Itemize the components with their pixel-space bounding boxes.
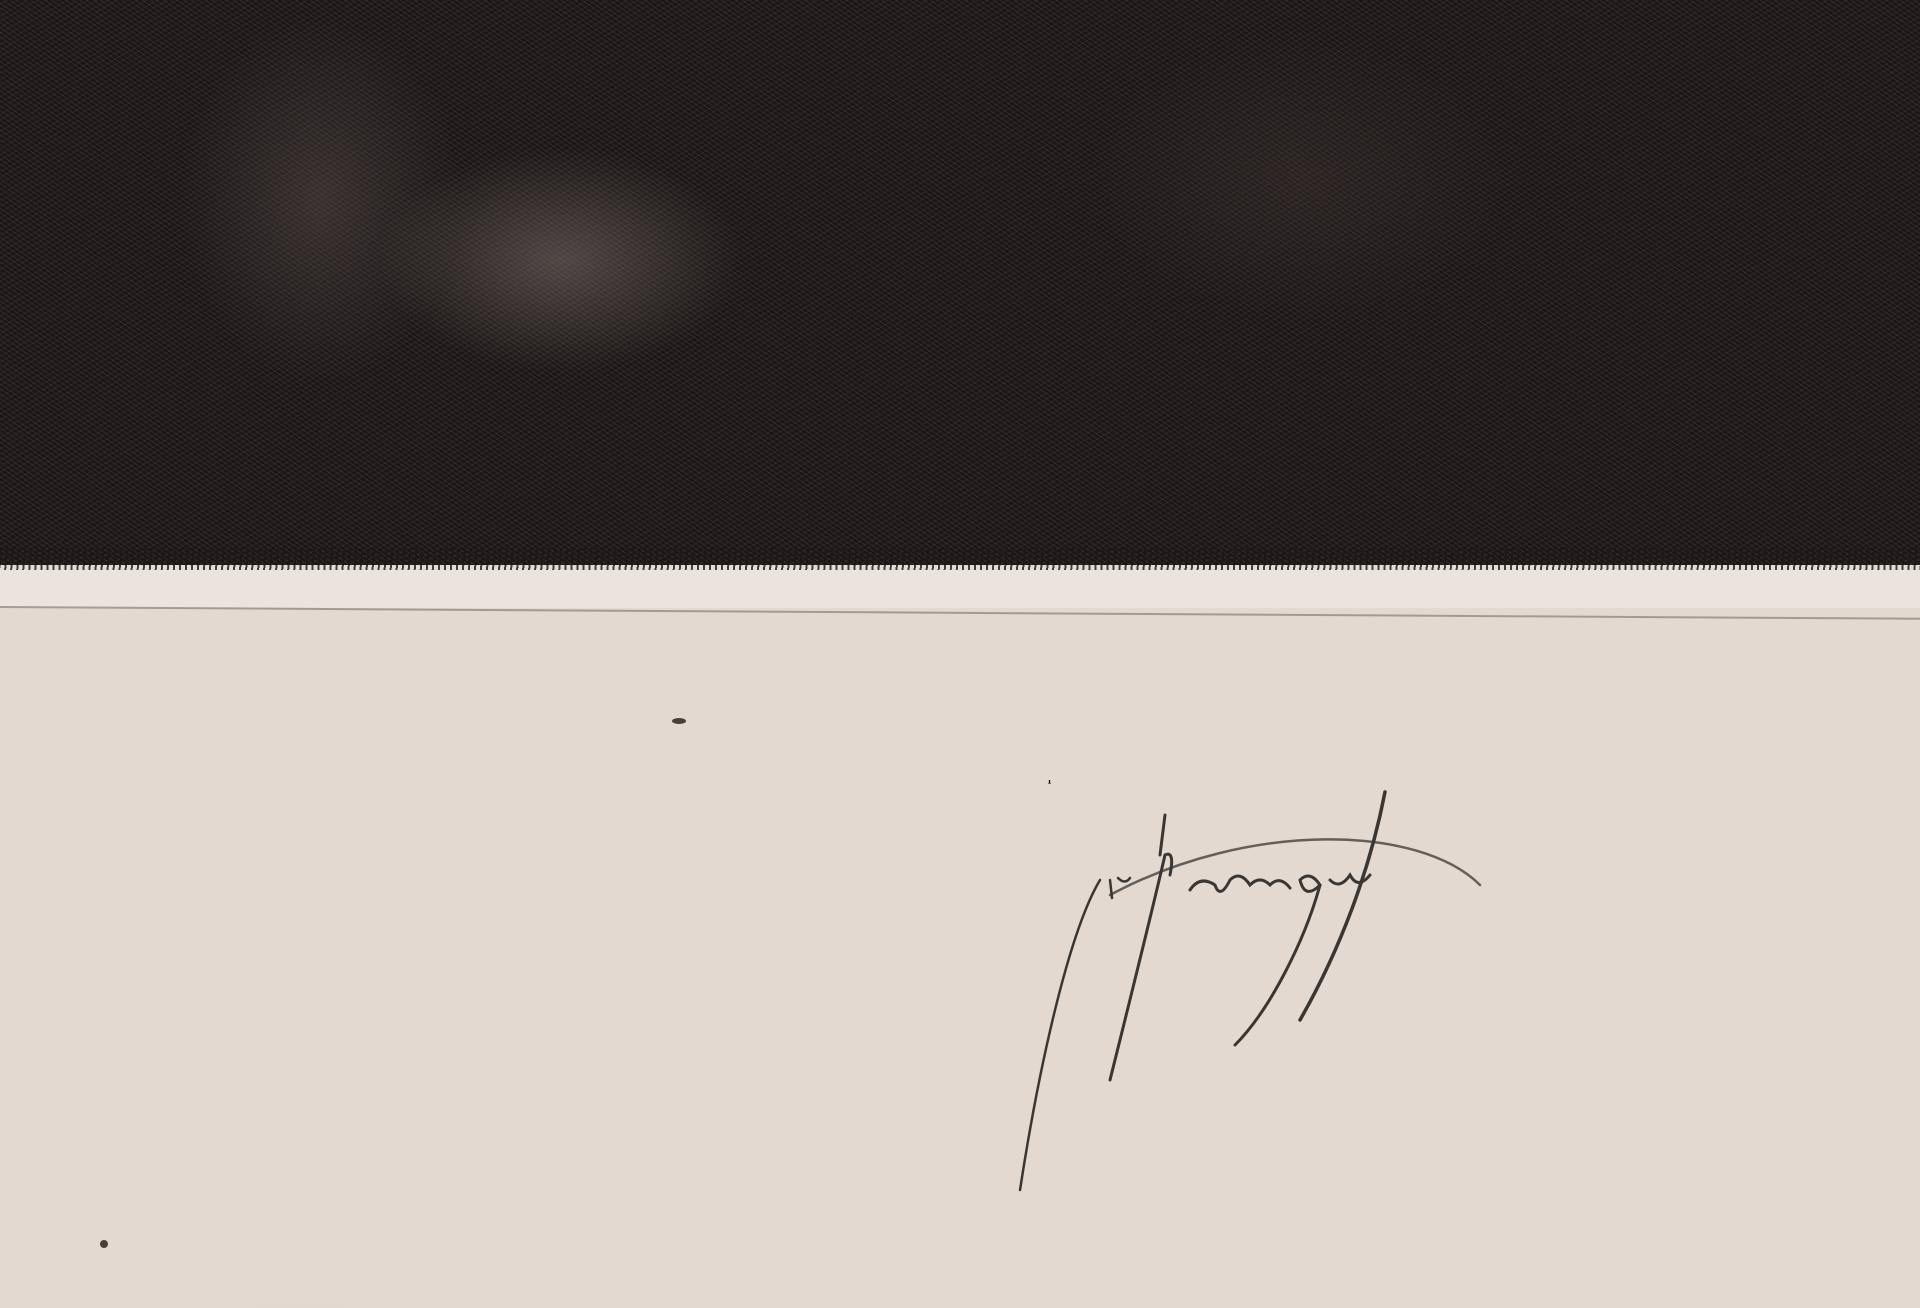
engraved-image-area (0, 0, 1920, 565)
pencil-signature: V. Jamquet (1000, 780, 1800, 1230)
engraving-edge-hatching (0, 548, 1920, 570)
signature-text: V. Jamquet (1000, 780, 1071, 784)
paper-margin-upper (0, 570, 1920, 612)
paper-speck (672, 718, 686, 724)
paper-speck (100, 1240, 108, 1248)
